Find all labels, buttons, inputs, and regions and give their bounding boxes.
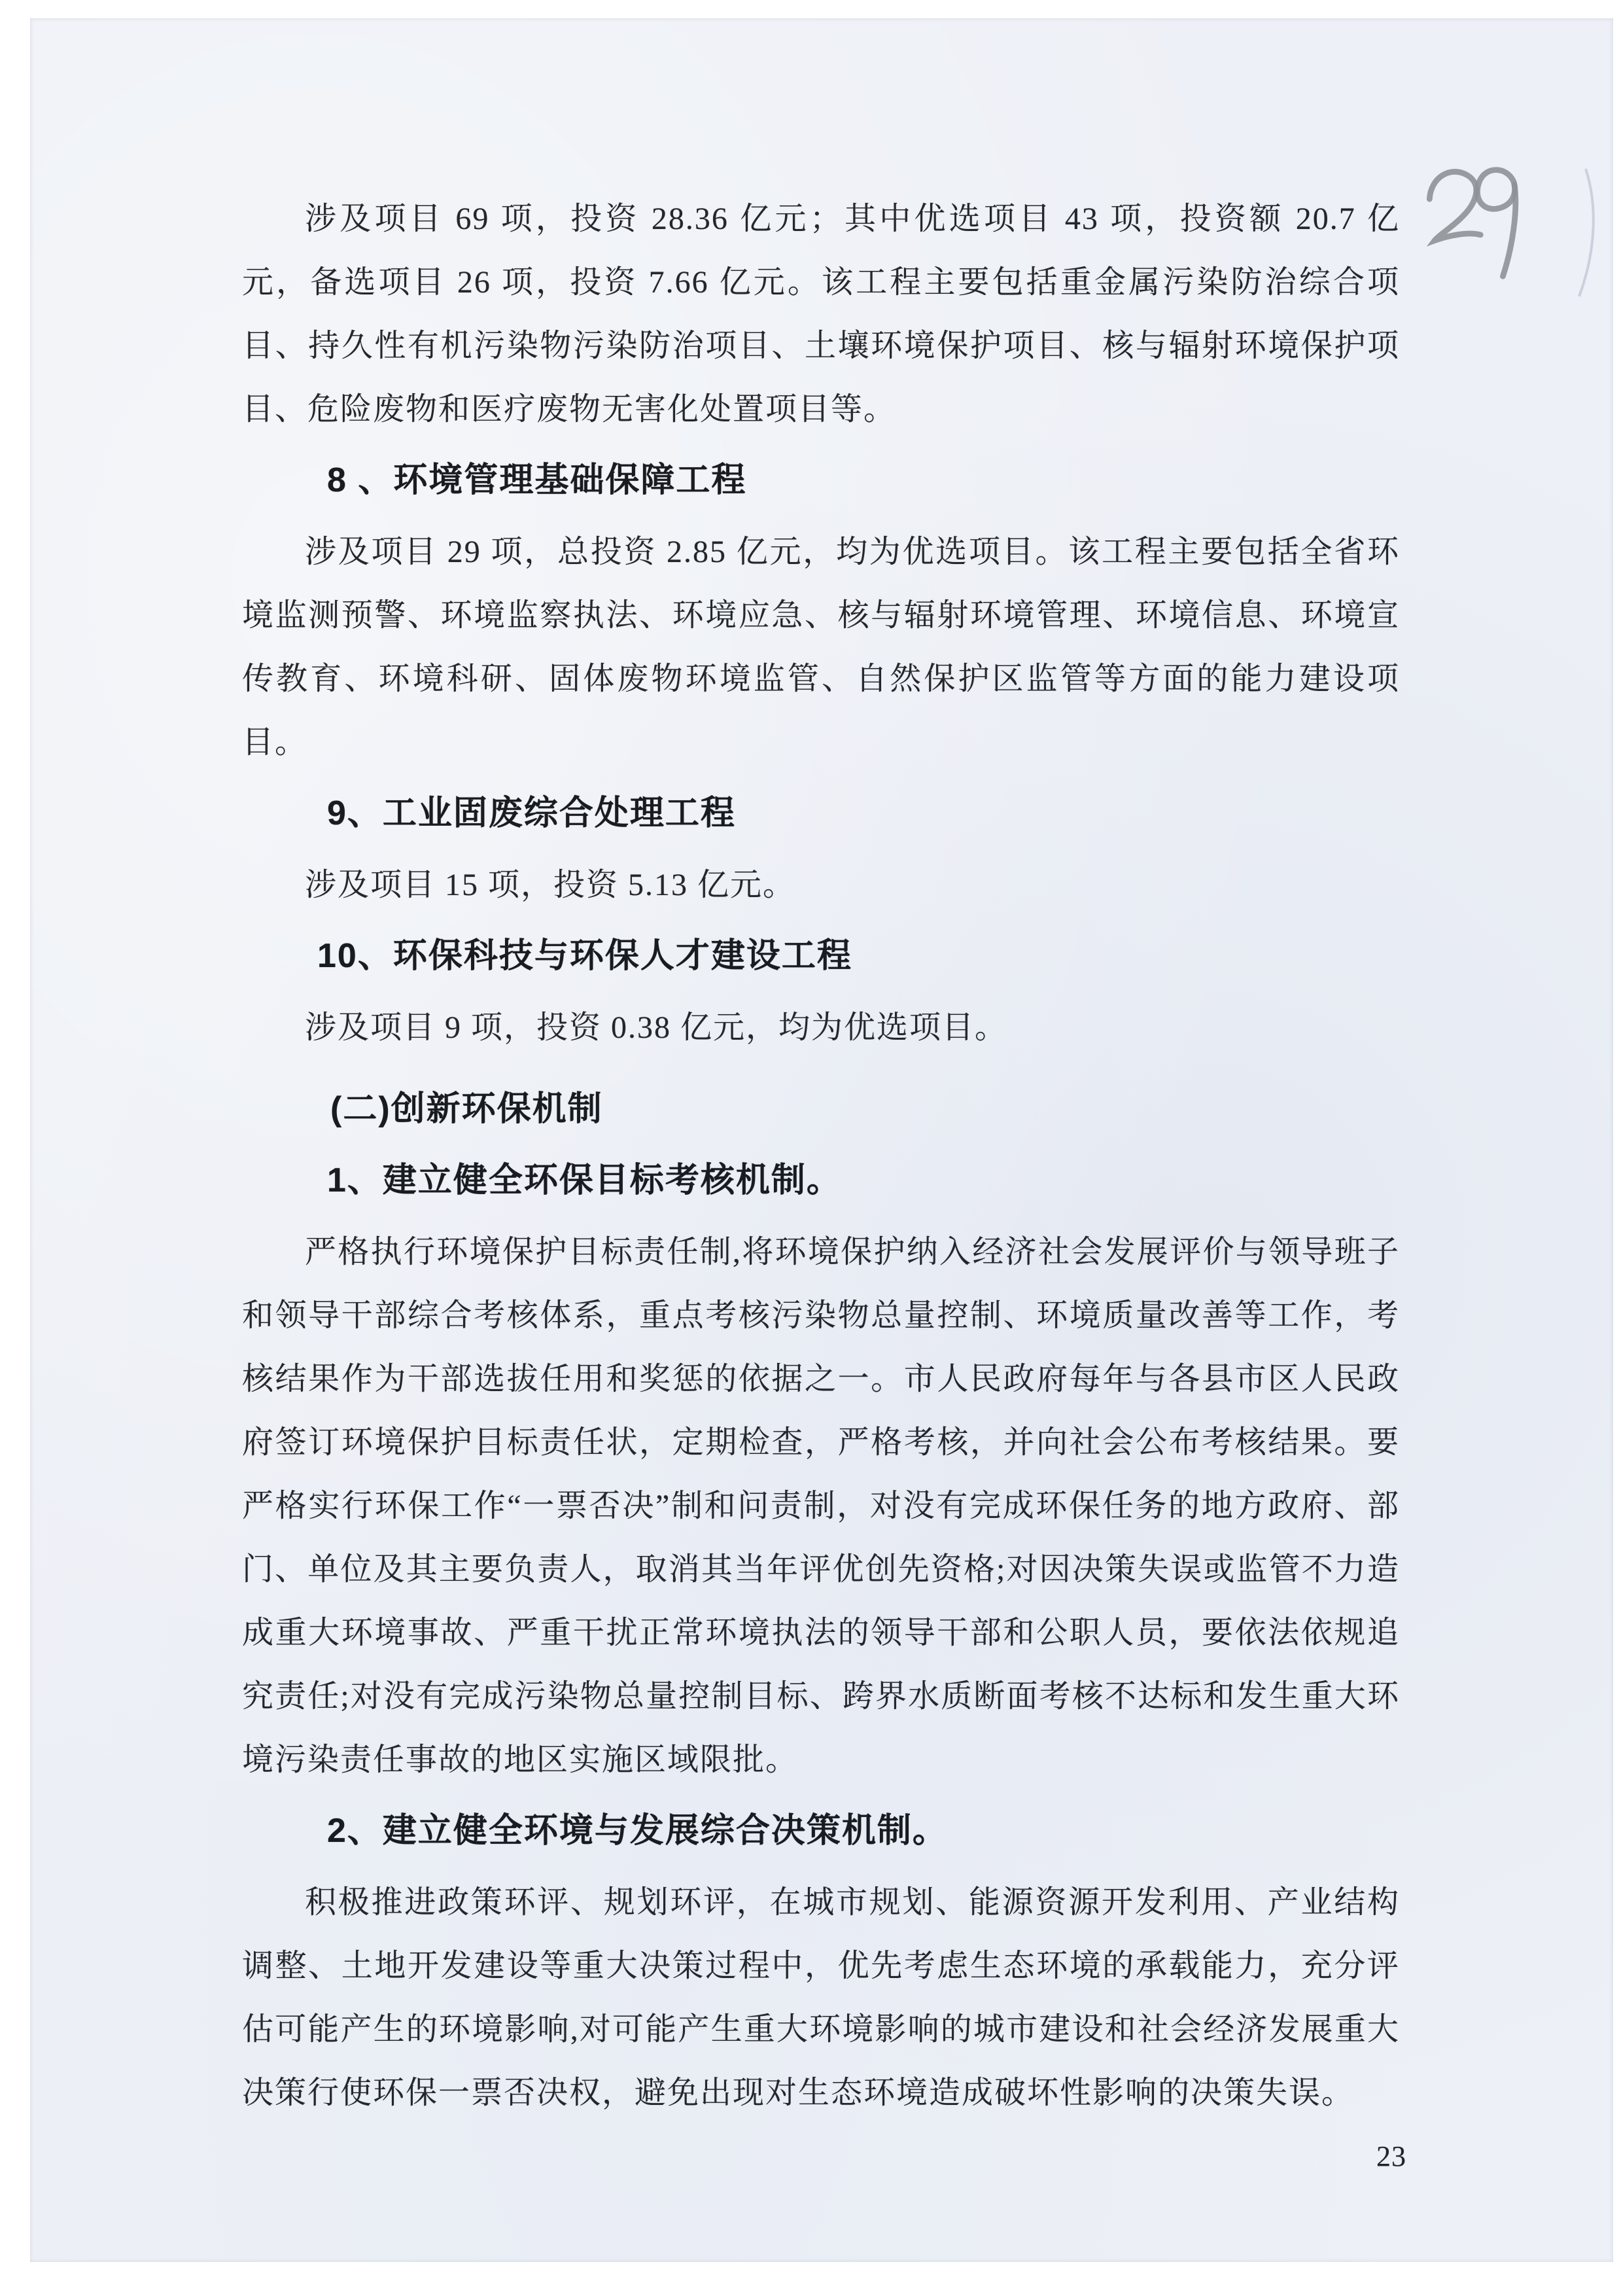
scan-background: 涉及项目 69 项，投资 28.36 亿元；其中优选项目 43 项，投资额 20… <box>0 0 1621 2296</box>
paragraph-subsection-2: 积极推进政策环评、规划环评，在城市规划、能源资源开发利用、产业结构调整、土地开发… <box>242 1871 1400 2125</box>
scan-crease-line <box>1571 166 1611 303</box>
handwritten-page-number-mark <box>1412 149 1539 313</box>
paragraph-subsection-1: 严格执行环境保护目标责任制,将环境保护纳入经济社会发展评价与领导班子和领导干部综… <box>242 1220 1400 1792</box>
document-body: 涉及项目 69 项，投资 28.36 亿元；其中优选项目 43 项，投资额 20… <box>242 187 1400 2125</box>
subsection-heading-2: 2、建立健全环境与发展综合决策机制。 <box>327 1799 1400 1863</box>
document-page: 涉及项目 69 项，投资 28.36 亿元；其中优选项目 43 项，投资额 20… <box>30 18 1613 2262</box>
section-heading-9: 9、工业固废综合处理工程 <box>327 782 1400 845</box>
paragraph-section-9: 涉及项目 15 项，投资 5.13 亿元。 <box>242 853 1400 917</box>
paragraph-section-10: 涉及项目 9 项，投资 0.38 亿元，均为优选项目。 <box>242 996 1400 1059</box>
subsection-heading-1: 1、建立健全环保目标考核机制。 <box>327 1149 1400 1212</box>
section-heading-10: 10、环保科技与环保人才建设工程 <box>317 925 1400 988</box>
section-heading-part-2: (二)创新环保机制 <box>330 1078 1400 1141</box>
paragraph-project-summary-7: 涉及项目 69 项，投资 28.36 亿元；其中优选项目 43 项，投资额 20… <box>242 187 1400 441</box>
paragraph-section-8: 涉及项目 29 项，总投资 2.85 亿元，均为优选项目。该工程主要包括全省环境… <box>242 520 1400 774</box>
section-heading-8: 8 、环境管理基础保障工程 <box>327 449 1400 512</box>
printed-page-number: 23 <box>1376 2140 1406 2173</box>
